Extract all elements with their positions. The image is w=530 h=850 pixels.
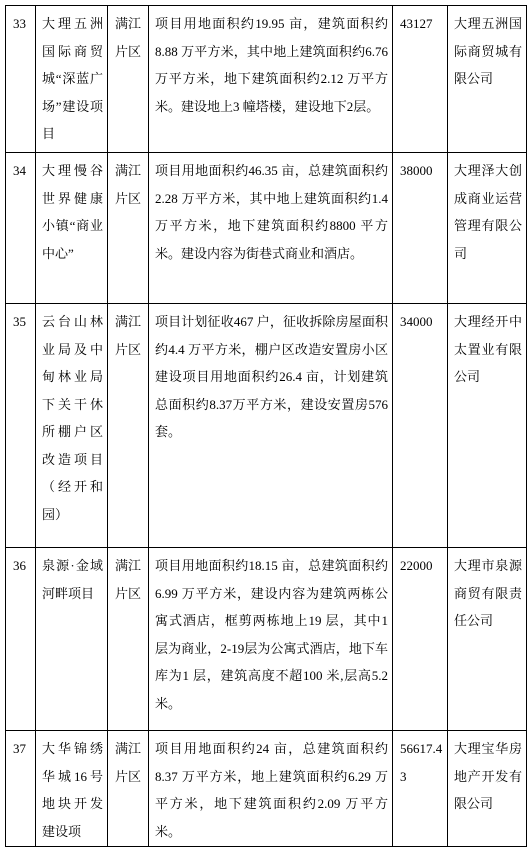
cell-district: 满江片区 xyxy=(108,731,149,846)
cell-project-name: 云台山林业局及中甸林业局下关干休所棚户区改造项目（经开和园） xyxy=(36,304,108,548)
cell-company: 大理市泉源商贸有限责任公司 xyxy=(448,548,526,731)
cell-project-name: 大理五洲国际商贸城“深蓝广场”建设项目 xyxy=(36,6,108,153)
cell-description: 项目计划征收467 户，征收拆除房屋面积约4.4 万平方米，棚户区改造安置房小区… xyxy=(149,304,393,548)
cell-company: 大理五洲国际商贸城有限公司 xyxy=(448,6,526,153)
document-page: 33 大理五洲国际商贸城“深蓝广场”建设项目 满江片区 项目用地面积约19.95… xyxy=(0,0,530,850)
cell-description: 项目用地面积约24 亩，总建筑面积约8.37 万平方米，地上建筑面积约6.29 … xyxy=(149,731,393,846)
cell-row-number: 36 xyxy=(6,548,36,731)
cell-project-name: 大理慢谷世界健康小镇“商业中心” xyxy=(36,153,108,304)
cell-project-name: 泉源·金域河畔项目 xyxy=(36,548,108,731)
cell-area-value: 43127 xyxy=(393,6,448,153)
cell-area-value: 34000 xyxy=(393,304,448,548)
cell-description: 项目用地面积约18.15 亩，总建筑面积约6.99 万平方米，建设内容为建筑两栋… xyxy=(149,548,393,731)
cell-row-number: 37 xyxy=(6,731,36,846)
cell-row-number: 33 xyxy=(6,6,36,153)
cell-description: 项目用地面积约46.35 亩，总建筑面积约2.28 万平方米，其中地上建筑面积约… xyxy=(149,153,393,304)
cell-company: 大理经开中太置业有限公司 xyxy=(448,304,526,548)
cell-description: 项目用地面积约19.95 亩，建筑面积约8.88 万平方米，其中地上建筑面积约6… xyxy=(149,6,393,153)
cell-district: 满江片区 xyxy=(108,153,149,304)
cell-district: 满江片区 xyxy=(108,304,149,548)
cell-project-name: 大华锦绣华城16号地块开发建设项 xyxy=(36,731,108,846)
cell-row-number: 35 xyxy=(6,304,36,548)
cell-area-value: 56617.43 xyxy=(393,731,448,846)
construction-projects-table: 33 大理五洲国际商贸城“深蓝广场”建设项目 满江片区 项目用地面积约19.95… xyxy=(5,5,527,847)
cell-company: 大理宝华房地产开发有限公司 xyxy=(448,731,526,846)
cell-area-value: 22000 xyxy=(393,548,448,731)
cell-company: 大理泽大创成商业运营管理有限公司 xyxy=(448,153,526,304)
cell-area-value: 38000 xyxy=(393,153,448,304)
cell-district: 满江片区 xyxy=(108,6,149,153)
cell-row-number: 34 xyxy=(6,153,36,304)
cell-district: 满江片区 xyxy=(108,548,149,731)
